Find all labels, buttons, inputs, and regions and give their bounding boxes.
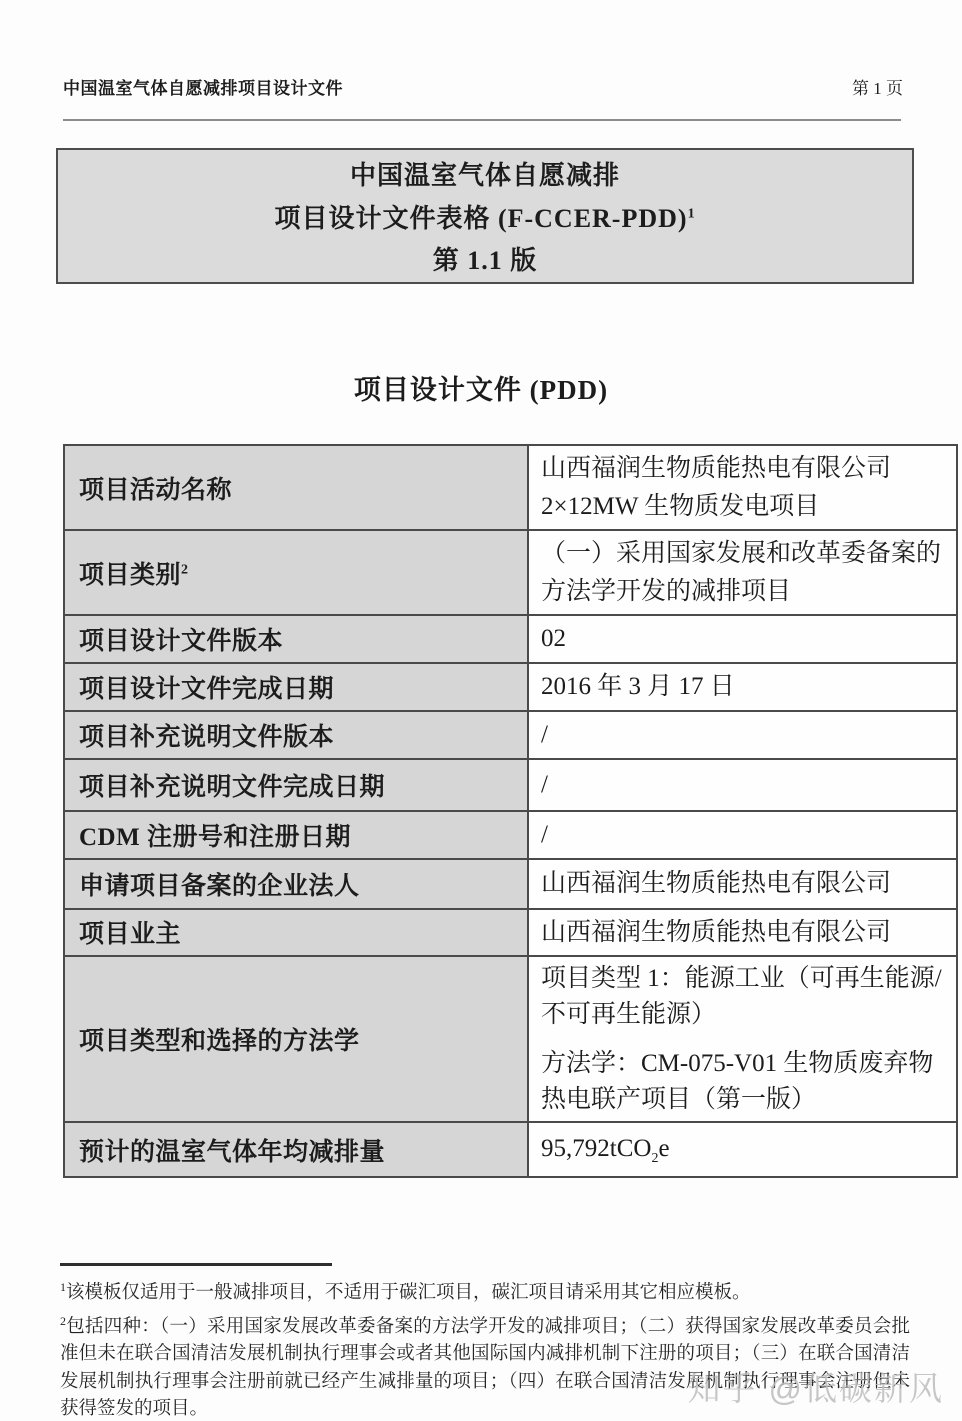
row-value: （一）采用国家发展和改革委备案的方法学开发的减排项目 [528,530,957,615]
row-value: 山西福润生物质能热电有限公司 [528,859,957,909]
footnote-ref-1: 1 [688,206,696,221]
row-label: 项目设计文件完成日期 [64,663,528,711]
footnote-separator-rule [60,1263,332,1266]
table-row: CDM 注册号和注册日期 / [64,811,957,859]
value-paragraph-1: 项目类型 1：能源工业（可再生能源/不可再生能源） [541,961,948,1032]
table-row: 项目类别2 （一）采用国家发展和改革委备案的方法学开发的减排项目 [64,530,957,615]
form-title-line-2: 项目设计文件表格 (F-CCER-PDD)1 [274,198,695,235]
table-row: 项目活动名称 山西福润生物质能热电有限公司 2×12MW 生物质发电项目 [64,445,957,530]
row-value: 山西福润生物质能热电有限公司 2×12MW 生物质发电项目 [528,445,957,530]
table-row: 项目补充说明文件完成日期 / [64,759,957,811]
header-page-number: 第 1 页 [852,74,903,99]
table-row: 申请项目备案的企业法人 山西福润生物质能热电有限公司 [64,859,957,909]
row-value: 02 [528,615,957,663]
table-row: 项目类型和选择的方法学 项目类型 1：能源工业（可再生能源/不可再生能源） 方法… [64,956,957,1122]
row-label: 项目类型和选择的方法学 [64,956,528,1122]
form-title-line-1: 中国温室气体自愿减排 [350,155,620,192]
page-header: 中国温室气体自愿减排项目设计文件 第 1 页 [63,74,903,99]
header-rule [63,119,901,121]
row-value: / [528,811,957,859]
row-value: 山西福润生物质能热电有限公司 [528,909,957,957]
row-label: 申请项目备案的企业法人 [64,859,528,909]
row-label: 项目补充说明文件版本 [64,711,528,759]
table-row: 项目设计文件完成日期 2016 年 3 月 17 日 [64,663,957,711]
header-document-title: 中国温室气体自愿减排项目设计文件 [63,74,343,99]
row-label: 预计的温室气体年均减排量 [64,1122,528,1177]
document-title: 项目设计文件 (PDD) [0,368,962,407]
row-value: 项目类型 1：能源工业（可再生能源/不可再生能源） 方法学：CM-075-V01… [528,956,957,1122]
row-value: 95,792tCO2e [528,1122,957,1177]
form-title-box: 中国温室气体自愿减排 项目设计文件表格 (F-CCER-PDD)1 第 1.1 … [56,148,914,284]
table-row: 项目业主 山西福润生物质能热电有限公司 [64,909,957,957]
row-value: 2016 年 3 月 17 日 [528,663,957,711]
row-label: 项目业主 [64,909,528,957]
row-value: / [528,711,957,759]
row-label: 项目活动名称 [64,445,528,530]
row-label: CDM 注册号和注册日期 [64,811,528,859]
form-title-line-3: 第 1.1 版 [433,240,538,277]
value-paragraph-2: 方法学：CM-075-V01 生物质废弃物热电联产项目（第一版） [541,1046,948,1117]
row-label: 项目补充说明文件完成日期 [64,759,528,811]
footnote-ref-2: 2 [181,562,189,577]
row-label: 项目类别2 [64,530,528,615]
row-label: 项目设计文件版本 [64,615,528,663]
document-page: 中国温室气体自愿减排项目设计文件 第 1 页 中国温室气体自愿减排 项目设计文件… [0,0,962,1421]
table-row: 项目设计文件版本 02 [64,615,957,663]
row-value: / [528,759,957,811]
project-info-table: 项目活动名称 山西福润生物质能热电有限公司 2×12MW 生物质发电项目 项目类… [63,444,958,1178]
watermark: 知乎 @低碳新风 [687,1363,944,1410]
table-row: 预计的温室气体年均减排量 95,792tCO2e [64,1122,957,1177]
table-row: 项目补充说明文件版本 / [64,711,957,759]
footnote-1: 1该模板仅适用于一般减排项目，不适用于碳汇项目，碳汇项目请采用其它相应模板。 [60,1274,910,1308]
